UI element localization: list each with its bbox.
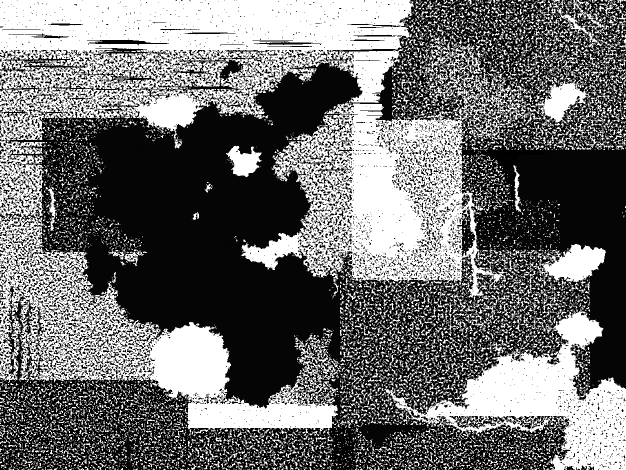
grunge-texture-image — [0, 0, 626, 470]
texture-canvas — [0, 0, 626, 470]
scratch-stroke — [52, 189, 54, 231]
ink-blob — [76, 242, 116, 294]
ink-blob — [217, 64, 245, 80]
white-speckle-region — [535, 0, 626, 150]
speckle-region — [558, 390, 626, 470]
paper-patch — [150, 327, 234, 393]
ink-blob — [306, 66, 358, 106]
ink-blob — [95, 125, 143, 161]
corner-highlight-layer — [556, 386, 626, 470]
paper-patch — [226, 148, 260, 174]
white-speckle-region — [340, 250, 590, 425]
speckle-region — [186, 428, 354, 470]
paper-patch — [138, 97, 194, 131]
